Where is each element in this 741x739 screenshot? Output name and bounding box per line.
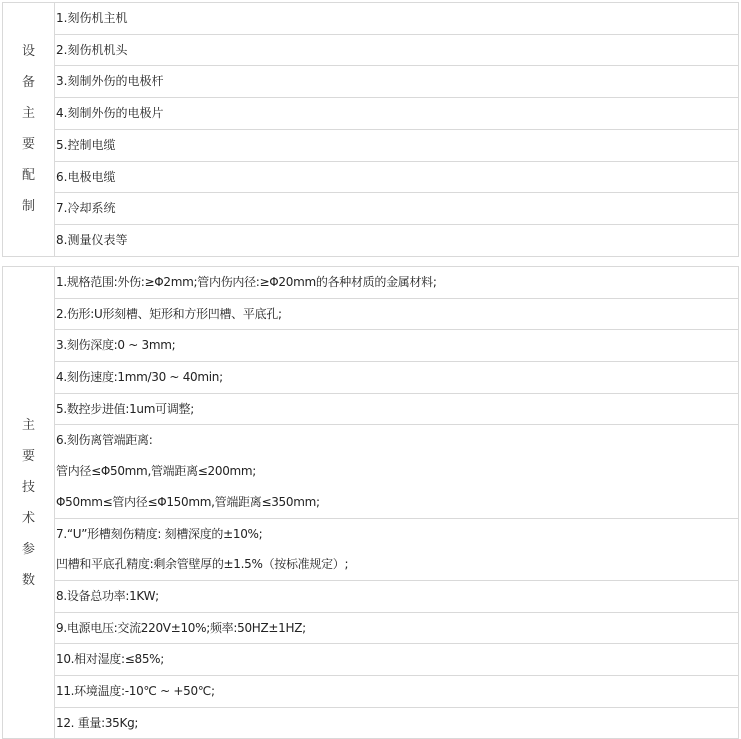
parameter-line: 管内径≤Φ50mm,管端距离≤200mm;	[56, 456, 738, 487]
parameter-item: 3.刻伤深度:0 ~ 3mm;	[55, 330, 739, 362]
table-row: 11.环境温度:-10℃ ~ +50℃;	[3, 675, 739, 707]
label-char: 备	[22, 67, 35, 98]
table-row: 5.控制电缆	[3, 129, 739, 161]
label-char: 制	[22, 191, 35, 222]
parameter-item: 1.规格范围:外伤:≥Φ2mm;管内伤内径:≥Φ20mm的各种材质的金属材料;	[55, 267, 739, 299]
parameter-item: 4.刻伤速度:1mm/30 ~ 40min;	[55, 362, 739, 394]
equipment-config-table: 设 备 主 要 配 制 1.刻伤机主机 2.刻伤机机头 3.刻制外伤的电极杆 4…	[2, 2, 739, 257]
parameter-item: 6.刻伤离管端距离: 管内径≤Φ50mm,管端距离≤200mm; Φ50mm≤管…	[55, 425, 739, 518]
label-char: 设	[22, 36, 35, 67]
equipment-item: 2.刻伤机机头	[55, 34, 739, 66]
parameter-item: 10.相对湿度:≤85%;	[55, 644, 739, 676]
technical-parameters-label: 主 要 技 术 参 数	[3, 267, 55, 732]
label-char: 数	[22, 565, 35, 596]
parameter-item: 12. 重量:35Kg;	[55, 707, 739, 731]
parameter-line: 3.刻伤深度:0 ~ 3mm;	[56, 330, 738, 361]
table-row: 设 备 主 要 配 制 1.刻伤机主机	[3, 3, 739, 35]
parameter-line: 5.数控步进值:1um可调整;	[56, 394, 738, 425]
label-char: 参	[22, 534, 35, 565]
equipment-item: 6.电极电缆	[55, 161, 739, 193]
parameter-item: 11.环境温度:-10℃ ~ +50℃;	[55, 675, 739, 707]
table-row: 12. 重量:35Kg;	[3, 707, 739, 731]
table-row: 主 要 技 术 参 数 1.规格范围:外伤:≥Φ2mm;管内伤内径:≥Φ20mm…	[3, 267, 739, 299]
equipment-item: 3.刻制外伤的电极杆	[55, 66, 739, 98]
parameter-line: 9.电源电压:交流220V±10%;频率:50HZ±1HZ;	[56, 613, 738, 644]
parameter-line: 6.刻伤离管端距离:	[56, 425, 738, 456]
label-char: 要	[22, 441, 35, 472]
parameter-item: 2.伤形:U形刻槽、矩形和方形凹槽、平底孔;	[55, 298, 739, 330]
table-row: 4.刻伤速度:1mm/30 ~ 40min;	[3, 362, 739, 394]
table-row: 3.刻伤深度:0 ~ 3mm;	[3, 330, 739, 362]
parameter-line: 2.伤形:U形刻槽、矩形和方形凹槽、平底孔;	[56, 299, 738, 330]
equipment-item: 8.测量仪表等	[55, 224, 739, 256]
parameter-line: 1.规格范围:外伤:≥Φ2mm;管内伤内径:≥Φ20mm的各种材质的金属材料;	[56, 267, 738, 298]
parameter-line: 7.“U”形槽刻伤精度: 刻槽深度的±10%;	[56, 519, 738, 550]
equipment-item: 7.冷却系统	[55, 193, 739, 225]
parameter-line: 11.环境温度:-10℃ ~ +50℃;	[56, 676, 738, 707]
table-row: 6.刻伤离管端距离: 管内径≤Φ50mm,管端距离≤200mm; Φ50mm≤管…	[3, 425, 739, 518]
parameter-line: 10.相对湿度:≤85%;	[56, 644, 738, 675]
table-row: 8.测量仪表等	[3, 224, 739, 256]
table-row: 7.“U”形槽刻伤精度: 刻槽深度的±10%; 凹槽和平底孔精度:剩余管壁厚的±…	[3, 518, 739, 580]
label-char: 主	[22, 410, 35, 441]
table-row: 2.伤形:U形刻槽、矩形和方形凹槽、平底孔;	[3, 298, 739, 330]
parameter-line: 8.设备总功率:1KW;	[56, 581, 738, 612]
table-row: 6.电极电缆	[3, 161, 739, 193]
label-char: 技	[22, 472, 35, 503]
equipment-config-label: 设 备 主 要 配 制	[3, 3, 55, 257]
table-row: 10.相对湿度:≤85%;	[3, 644, 739, 676]
equipment-item: 5.控制电缆	[55, 129, 739, 161]
parameter-item: 7.“U”形槽刻伤精度: 刻槽深度的±10%; 凹槽和平底孔精度:剩余管壁厚的±…	[55, 518, 739, 580]
equipment-item: 4.刻制外伤的电极片	[55, 98, 739, 130]
label-char: 配	[22, 160, 35, 191]
parameter-item: 9.电源电压:交流220V±10%;频率:50HZ±1HZ;	[55, 612, 739, 644]
table-row: 5.数控步进值:1um可调整;	[3, 393, 739, 425]
technical-parameters-table: 主 要 技 术 参 数 1.规格范围:外伤:≥Φ2mm;管内伤内径:≥Φ20mm…	[2, 266, 739, 731]
parameter-item: 8.设备总功率:1KW;	[55, 580, 739, 612]
label-char: 主	[22, 98, 35, 129]
table-row: 8.设备总功率:1KW;	[3, 580, 739, 612]
table-row: 2.刻伤机机头	[3, 34, 739, 66]
table-row: 3.刻制外伤的电极杆	[3, 66, 739, 98]
label-char: 要	[22, 129, 35, 160]
equipment-item: 1.刻伤机主机	[55, 3, 739, 35]
parameter-line: 12. 重量:35Kg;	[56, 708, 738, 731]
table-row: 9.电源电压:交流220V±10%;频率:50HZ±1HZ;	[3, 612, 739, 644]
label-char: 术	[22, 503, 35, 534]
parameter-item: 5.数控步进值:1um可调整;	[55, 393, 739, 425]
parameter-line: 凹槽和平底孔精度:剩余管壁厚的±1.5%（按标准规定）;	[56, 549, 738, 580]
table-row: 4.刻制外伤的电极片	[3, 98, 739, 130]
parameter-line: Φ50mm≤管内径≤Φ150mm,管端距离≤350mm;	[56, 487, 738, 518]
table-row: 7.冷却系统	[3, 193, 739, 225]
parameter-line: 4.刻伤速度:1mm/30 ~ 40min;	[56, 362, 738, 393]
